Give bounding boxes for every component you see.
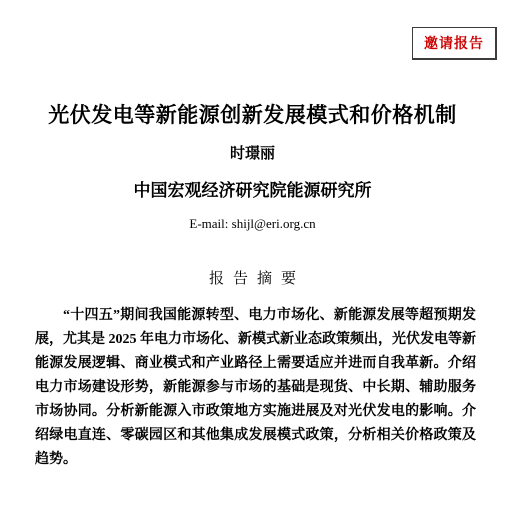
report-title: 光伏发电等新能源创新发展模式和价格机制 [0, 0, 505, 129]
abstract-heading: 报告摘要 [0, 267, 505, 288]
author-name: 时璟丽 [0, 142, 505, 163]
invited-report-badge-label: 邀请报告 [424, 35, 484, 51]
author-affiliation: 中国宏观经济研究院能源研究所 [0, 176, 505, 201]
document-page: 邀请报告 光伏发电等新能源创新发展模式和价格机制 时璟丽 中国宏观经济研究院能源… [0, 0, 505, 516]
invited-report-badge: 邀请报告 [412, 27, 497, 60]
abstract-paragraph: “十四五”期间我国能源转型、电力市场化、新能源发展等超预期发展，尤其是 2025… [35, 304, 476, 472]
author-email: E-mail: shijl@eri.org.cn [0, 216, 505, 232]
